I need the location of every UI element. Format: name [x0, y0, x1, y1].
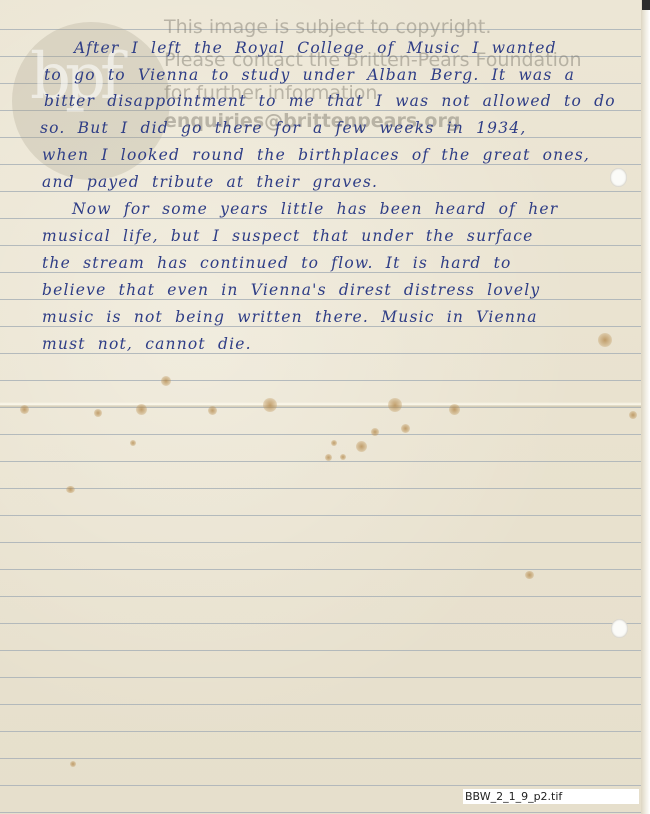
foxing-stain: [356, 441, 367, 452]
ruled-line: [0, 812, 641, 813]
ruled-line: [0, 326, 641, 327]
ruled-line: [0, 650, 641, 651]
foxing-stain: [401, 424, 410, 433]
handwritten-line: the stream has continued to flow. It is …: [42, 254, 512, 272]
handwritten-line: must not, cannot die.: [42, 335, 252, 353]
foxing-stain: [388, 398, 402, 412]
ruled-line: [0, 569, 641, 570]
foxing-stain: [263, 398, 277, 412]
foxing-stain: [371, 428, 379, 436]
handwritten-line: believe that even in Vienna's direst dis…: [42, 281, 540, 299]
foxing-stain: [208, 406, 217, 415]
copyright-notice: This image is subject to copyright.: [164, 16, 491, 38]
ruled-line: [0, 596, 641, 597]
ruled-line: [0, 677, 641, 678]
foxing-stain: [331, 440, 337, 446]
paper-fold-crease: [0, 402, 641, 408]
foxing-stain: [325, 454, 332, 461]
foxing-stain: [161, 376, 171, 386]
ruled-line: [0, 461, 641, 462]
ruled-line: [0, 245, 641, 246]
handwritten-line: when I looked round the birthplaces of t…: [42, 146, 590, 164]
punch-hole: [611, 619, 628, 638]
ruled-line: [0, 488, 641, 489]
foxing-stain: [340, 454, 346, 460]
handwritten-line: Now for some years little has been heard…: [72, 200, 558, 218]
file-name-label: BBW_2_1_9_p2.tif: [463, 789, 639, 804]
handwritten-line: music is not being written there. Music …: [42, 308, 538, 326]
foxing-stain: [598, 333, 612, 347]
handwritten-line: After I left the Royal College of Music …: [74, 39, 557, 57]
foxing-stain: [94, 409, 102, 417]
handwritten-line: bitter disappointment to me that I was n…: [44, 92, 616, 110]
foxing-stain: [66, 486, 75, 493]
ruled-line: [0, 299, 641, 300]
ruled-line: [0, 353, 641, 354]
handwritten-line: and payed tribute at their graves.: [42, 173, 378, 191]
paper-edge: [641, 0, 650, 814]
foxing-stain: [130, 440, 136, 446]
foxing-stain: [136, 404, 147, 415]
scan-corner: [642, 0, 650, 10]
ruled-line: [0, 434, 641, 435]
ruled-line: [0, 515, 641, 516]
ruled-line: [0, 704, 641, 705]
foxing-stain: [449, 404, 460, 415]
ruled-line: [0, 191, 641, 192]
foxing-stain: [525, 571, 534, 579]
handwritten-line: to go to Vienna to study under Alban Ber…: [44, 66, 575, 84]
ruled-line: [0, 623, 641, 624]
letter-page: bpf This image is subject to copyright. …: [0, 0, 650, 814]
ruled-line: [0, 218, 641, 219]
foxing-stain: [70, 761, 76, 767]
handwritten-line: so. But I did go there for a few weeks i…: [40, 119, 526, 137]
ruled-line: [0, 785, 641, 786]
ruled-line: [0, 380, 641, 381]
foxing-stain: [629, 411, 637, 419]
ruled-line: [0, 731, 641, 732]
ruled-line: [0, 272, 641, 273]
ruled-line: [0, 542, 641, 543]
ruled-line: [0, 758, 641, 759]
punch-hole: [610, 168, 627, 187]
foxing-stain: [20, 405, 29, 414]
handwritten-line: musical life, but I suspect that under t…: [42, 227, 534, 245]
